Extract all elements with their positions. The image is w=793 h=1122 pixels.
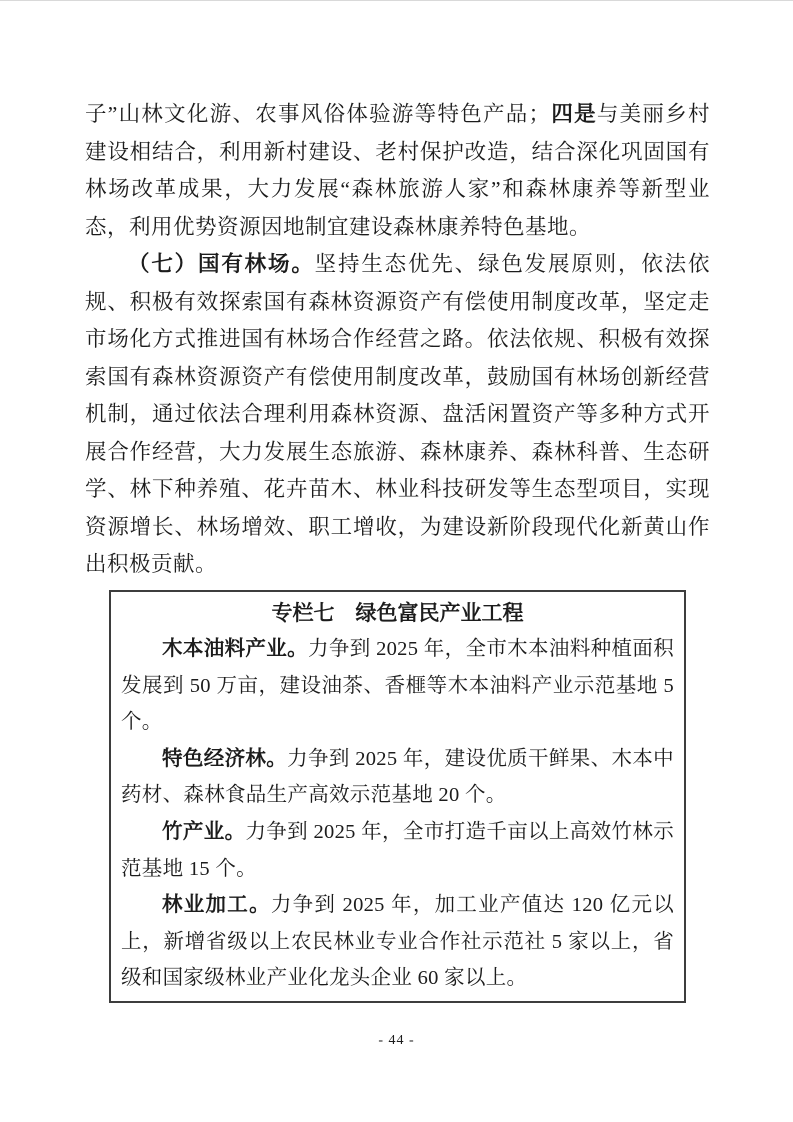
bold-enumerator-four: 四是 [551, 102, 597, 126]
box-item-lead-economic-forest: 特色经济林。 [162, 748, 287, 770]
paragraph-text-pre: 子”山林文化游、农事风俗体验游等特色产品； [85, 102, 551, 126]
document-page: 子”山林文化游、农事风俗体验游等特色产品；四是与美丽乡村建设相结合，利用新村建设… [0, 0, 793, 1122]
page-content: 子”山林文化游、农事风俗体验游等特色产品；四是与美丽乡村建设相结合，利用新村建设… [85, 96, 710, 1003]
box-title: 专栏七 绿色富民产业工程 [121, 595, 674, 632]
column-seven-green-industry-box: 专栏七 绿色富民产业工程 木本油料产业。力争到 2025 年，全市木本油料种植面… [109, 590, 686, 1004]
page-number: - 44 - [0, 1033, 793, 1049]
box-item-woody-oil-industry: 木本油料产业。力争到 2025 年，全市木本油料种植面积发展到 50 万亩，建设… [121, 631, 674, 741]
section-heading-state-owned-forest-farm: （七）国有林场。 [128, 252, 315, 276]
paragraph-text-body: 坚持生态优先、绿色发展原则，依法依规、积极有效探索国有森林资源资产有偿使用制度改… [85, 252, 710, 576]
box-item-lead-processing: 林业加工。 [162, 894, 271, 916]
paragraph-forest-tourism: 子”山林文化游、农事风俗体验游等特色产品；四是与美丽乡村建设相结合，利用新村建设… [85, 96, 710, 246]
paragraph-state-owned-forest-farm: （七）国有林场。坚持生态优先、绿色发展原则，依法依规、积极有效探索国有森林资源资… [85, 246, 710, 584]
box-item-lead-woody-oil: 木本油料产业。 [162, 638, 308, 660]
box-item-bamboo-industry: 竹产业。力争到 2025 年，全市打造千亩以上高效竹林示范基地 15 个。 [121, 814, 674, 887]
box-item-lead-bamboo: 竹产业。 [162, 821, 245, 843]
box-item-forestry-processing: 林业加工。力争到 2025 年，加工业产值达 120 亿元以上，新增省级以上农民… [121, 887, 674, 997]
box-item-special-economic-forest: 特色经济林。力争到 2025 年，建设优质干鲜果、木本中药材、森林食品生产高效示… [121, 741, 674, 814]
